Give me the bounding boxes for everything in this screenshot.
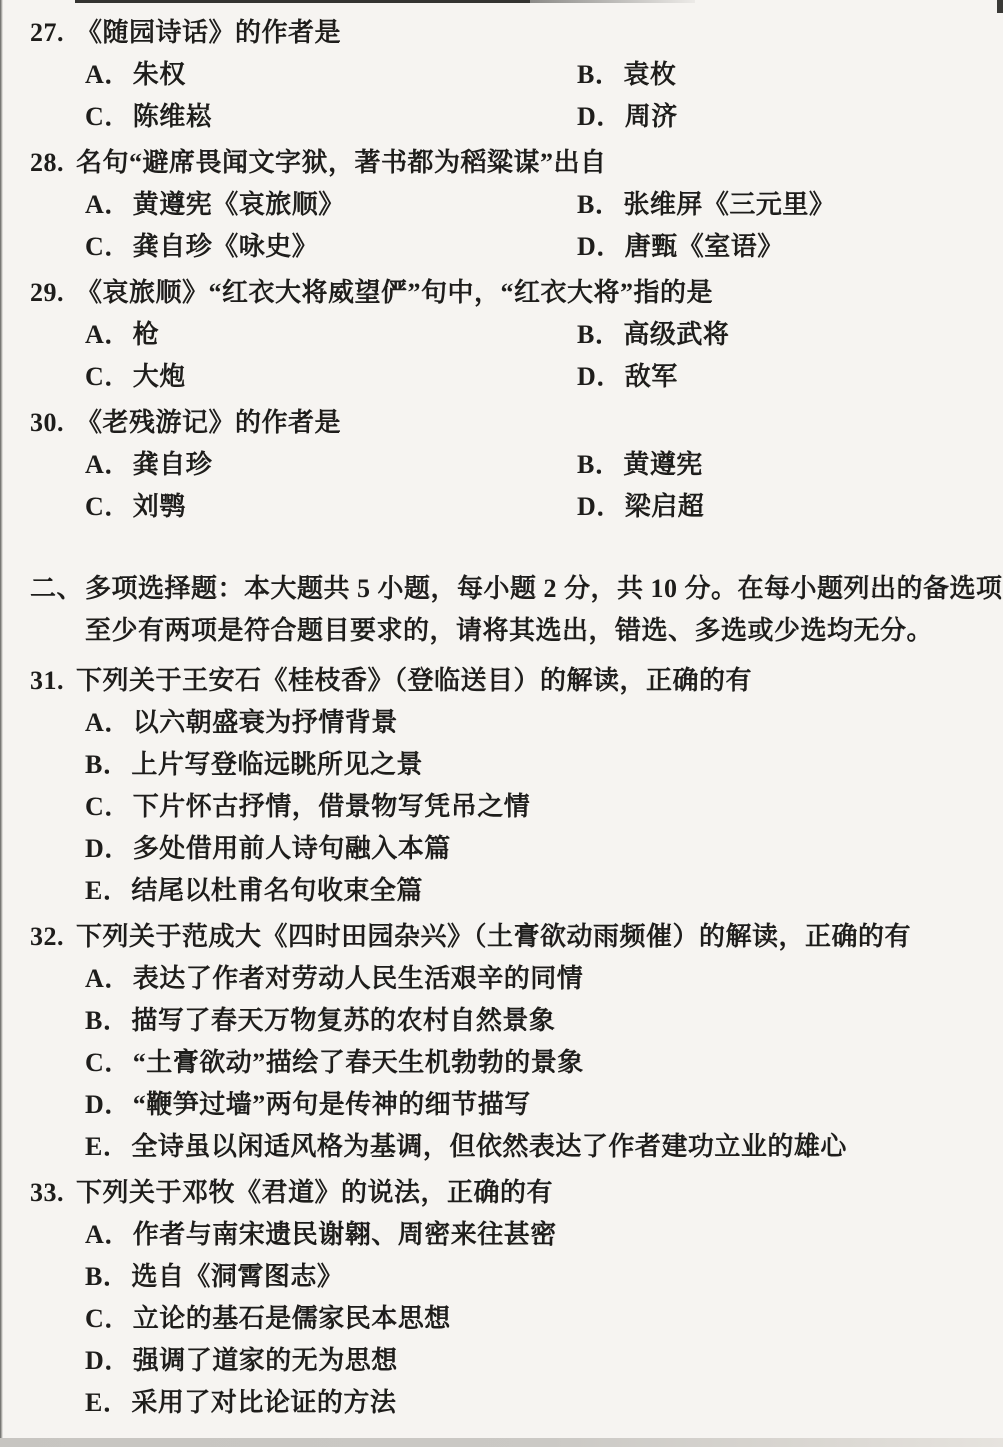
option-33-a: A．作者与南宋遗民谢翱、周密来往甚密: [85, 1214, 1003, 1256]
question-30: 30. 《老残游记》的作者是 A．龚自珍 B．黄遵宪 C．刘鹗 D．梁启超: [0, 402, 1003, 528]
option-33-b: B．选自《洞霄图志》: [85, 1256, 1003, 1298]
section-instructions: 多项选择题：本大题共 5 小题，每小题 2 分，共 10 分。在每小题列出的备选…: [85, 568, 1003, 652]
option-letter: C．: [85, 492, 131, 521]
option-text: 黄遵宪: [623, 450, 703, 479]
scan-edge-left: [0, 0, 3, 1447]
scan-edge-bottom: [0, 1438, 1003, 1447]
option-32-b: B．描写了春天万物复苏的农村自然景象: [85, 1000, 1003, 1042]
option-letter: D．: [577, 102, 623, 131]
option-letter: A．: [85, 964, 131, 993]
option-letter: A．: [85, 60, 131, 89]
question-number: 27.: [30, 12, 76, 54]
option-letter: B．: [85, 1006, 129, 1035]
option-letter: A．: [85, 320, 131, 349]
option-letter: E．: [85, 876, 129, 905]
option-letter: E．: [85, 1388, 129, 1417]
option-text: 唐甄《室语》: [625, 232, 784, 261]
option-text: 描写了春天万物复苏的农村自然景象: [131, 1006, 555, 1035]
section-instructions-line-2: 至少有两项是符合题目要求的，请将其选出，错选、多选或少选均无分。: [85, 610, 1003, 652]
option-30-c: C．刘鹗: [85, 486, 577, 528]
option-letter: C．: [85, 232, 131, 261]
option-text: 以六朝盛衰为抒情背景: [133, 708, 398, 737]
option-letter: B．: [85, 1262, 129, 1291]
option-text: “鞭笋过墙”两句是传神的细节描写: [133, 1090, 531, 1119]
option-letter: C．: [85, 1304, 131, 1333]
option-text: 敌军: [625, 362, 678, 391]
option-text: 枪: [133, 320, 160, 349]
option-text: 采用了对比论证的方法: [131, 1388, 396, 1417]
option-letter: E．: [85, 1132, 129, 1161]
option-31-b: B．上片写登临远眺所见之景: [85, 744, 1003, 786]
option-letter: D．: [577, 492, 623, 521]
option-text: 下片怀古抒情，借景物写凭吊之情: [133, 792, 531, 821]
option-28-d: D．唐甄《室语》: [577, 226, 1003, 268]
option-letter: A．: [85, 1220, 131, 1249]
section-instructions-line-1: 多项选择题：本大题共 5 小题，每小题 2 分，共 10 分。在每小题列出的备选…: [85, 568, 1003, 610]
option-33-c: C．立论的基石是儒家民本思想: [85, 1298, 1003, 1340]
option-text: 龚自珍: [133, 450, 213, 479]
option-30-d: D．梁启超: [577, 486, 1003, 528]
option-letter: D．: [577, 362, 623, 391]
option-29-c: C．大炮: [85, 356, 577, 398]
option-letter: B．: [577, 60, 621, 89]
option-text: 龚自珍《咏史》: [133, 232, 319, 261]
option-letter: D．: [85, 834, 131, 863]
option-text: 刘鹗: [133, 492, 186, 521]
option-text: 黄遵宪《哀旅顺》: [133, 190, 345, 219]
option-text: “土膏欲动”描绘了春天生机勃勃的景象: [133, 1048, 584, 1077]
option-27-c: C．陈维崧: [85, 96, 577, 138]
option-text: 袁枚: [623, 60, 676, 89]
option-text: 高级武将: [623, 320, 729, 349]
question-28: 28. 名句“避席畏闻文字狱，著书都为稻粱谋”出自 A．黄遵宪《哀旅顺》 B．张…: [0, 142, 1003, 268]
question-number: 33.: [30, 1172, 76, 1214]
question-29: 29. 《哀旅顺》“红衣大将威望俨”句中，“红衣大将”指的是 A．枪 B．高级武…: [0, 272, 1003, 398]
option-text: 全诗虽以闲适风格为基调，但依然表达了作者建功立业的雄心: [131, 1132, 847, 1161]
option-letter: D．: [85, 1346, 131, 1375]
option-33-d: D．强调了道家的无为思想: [85, 1340, 1003, 1382]
option-letter: B．: [577, 190, 621, 219]
question-number: 31.: [30, 660, 76, 702]
option-letter: C．: [85, 1048, 131, 1077]
option-27-b: B．袁枚: [577, 54, 1003, 96]
option-29-b: B．高级武将: [577, 314, 1003, 356]
option-letter: C．: [85, 102, 131, 131]
option-31-e: E．结尾以杜甫名句收束全篇: [85, 870, 1003, 912]
option-text: 立论的基石是儒家民本思想: [133, 1304, 451, 1333]
option-text: 强调了道家的无为思想: [133, 1346, 398, 1375]
question-number: 29.: [30, 272, 76, 314]
section-marker: 二、: [30, 568, 85, 652]
option-30-b: B．黄遵宪: [577, 444, 1003, 486]
option-text: 多处借用前人诗句融入本篇: [133, 834, 451, 863]
question-27: 27. 《随园诗话》的作者是 A．朱权 B．袁枚 C．陈维崧 D．周济: [0, 12, 1003, 138]
option-28-a: A．黄遵宪《哀旅顺》: [85, 184, 577, 226]
option-text: 表达了作者对劳动人民生活艰辛的同情: [133, 964, 584, 993]
question-stem: 《随园诗话》的作者是: [76, 12, 1003, 54]
option-32-d: D．“鞭笋过墙”两句是传神的细节描写: [85, 1084, 1003, 1126]
option-31-a: A．以六朝盛衰为抒情背景: [85, 702, 1003, 744]
section-heading-multi-choice: 二、 多项选择题：本大题共 5 小题，每小题 2 分，共 10 分。在每小题列出…: [0, 568, 1003, 652]
option-text: 陈维崧: [133, 102, 213, 131]
option-text: 选自《洞霄图志》: [131, 1262, 343, 1291]
option-28-c: C．龚自珍《咏史》: [85, 226, 577, 268]
question-stem: 下列关于范成大《四时田园杂兴》（土膏欲动雨频催）的解读，正确的有: [76, 916, 1003, 958]
option-29-d: D．敌军: [577, 356, 1003, 398]
scan-edge-right-tick: [997, 0, 1003, 13]
option-text: 上片写登临远眺所见之景: [131, 750, 423, 779]
option-32-e: E．全诗虽以闲适风格为基调，但依然表达了作者建功立业的雄心: [85, 1126, 1003, 1168]
question-32: 32. 下列关于范成大《四时田园杂兴》（土膏欲动雨频催）的解读，正确的有 A．表…: [0, 916, 1003, 1168]
option-letter: C．: [85, 362, 131, 391]
option-letter: B．: [577, 320, 621, 349]
option-text: 作者与南宋遗民谢翱、周密来往甚密: [133, 1220, 557, 1249]
question-stem: 《老残游记》的作者是: [76, 402, 1003, 444]
option-letter: A．: [85, 450, 131, 479]
option-32-a: A．表达了作者对劳动人民生活艰辛的同情: [85, 958, 1003, 1000]
question-number: 28.: [30, 142, 76, 184]
scan-edge-top-fade: [530, 0, 695, 3]
option-letter: A．: [85, 708, 131, 737]
option-letter: B．: [85, 750, 129, 779]
question-33: 33. 下列关于邓牧《君道》的说法，正确的有 A．作者与南宋遗民谢翱、周密来往甚…: [0, 1172, 1003, 1424]
exam-page: 27. 《随园诗话》的作者是 A．朱权 B．袁枚 C．陈维崧 D．周济 28. …: [0, 0, 1003, 1447]
option-29-a: A．枪: [85, 314, 577, 356]
option-letter: D．: [577, 232, 623, 261]
question-number: 30.: [30, 402, 76, 444]
option-33-e: E．采用了对比论证的方法: [85, 1382, 1003, 1424]
scan-edge-top: [75, 0, 530, 3]
option-letter: C．: [85, 792, 131, 821]
question-stem: 名句“避席畏闻文字狱，著书都为稻粱谋”出自: [76, 142, 1003, 184]
option-letter: D．: [85, 1090, 131, 1119]
question-number: 32.: [30, 916, 76, 958]
question-stem: 下列关于邓牧《君道》的说法，正确的有: [76, 1172, 1003, 1214]
option-letter: A．: [85, 190, 131, 219]
question-stem: 下列关于王安石《桂枝香》（登临送目）的解读，正确的有: [76, 660, 1003, 702]
option-text: 大炮: [133, 362, 186, 391]
option-27-d: D．周济: [577, 96, 1003, 138]
option-text: 朱权: [133, 60, 186, 89]
question-31: 31. 下列关于王安石《桂枝香》（登临送目）的解读，正确的有 A．以六朝盛衰为抒…: [0, 660, 1003, 912]
option-30-a: A．龚自珍: [85, 444, 577, 486]
option-text: 结尾以杜甫名句收束全篇: [131, 876, 423, 905]
option-28-b: B．张维屏《三元里》: [577, 184, 1003, 226]
option-31-c: C．下片怀古抒情，借景物写凭吊之情: [85, 786, 1003, 828]
question-stem: 《哀旅顺》“红衣大将威望俨”句中，“红衣大将”指的是: [76, 272, 1003, 314]
option-text: 梁启超: [625, 492, 705, 521]
option-31-d: D．多处借用前人诗句融入本篇: [85, 828, 1003, 870]
option-32-c: C．“土膏欲动”描绘了春天生机勃勃的景象: [85, 1042, 1003, 1084]
option-text: 周济: [625, 102, 678, 131]
option-27-a: A．朱权: [85, 54, 577, 96]
option-text: 张维屏《三元里》: [623, 190, 835, 219]
option-letter: B．: [577, 450, 621, 479]
